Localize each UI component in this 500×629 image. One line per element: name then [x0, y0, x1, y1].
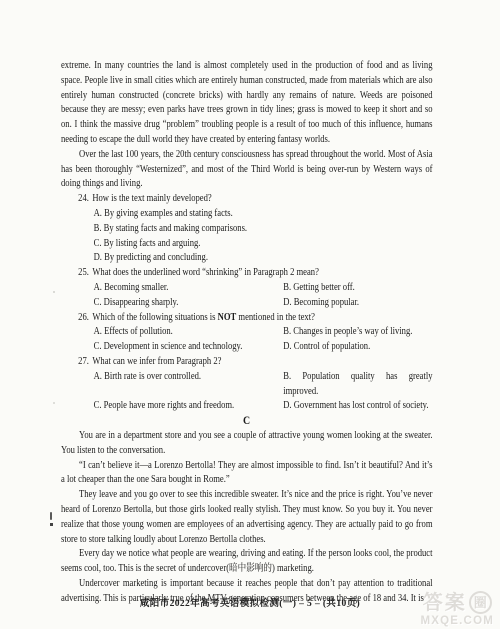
section-c-paragraph-1: You are in a department store and you se… — [61, 429, 433, 459]
watermark-site-url: MXQE.COM — [421, 615, 495, 627]
watermark-brand-text: 答案 — [423, 592, 467, 614]
question-27-option-c: C. People have more rights and freedom. — [94, 399, 284, 414]
question-26-stem: 26.Which of the following situations is … — [78, 311, 432, 326]
question-27-number: 27. — [78, 356, 89, 367]
question-25-number: 25. — [78, 267, 89, 278]
question-27-options: A. Birth rate is over controlled. B. Pop… — [94, 370, 433, 414]
question-26-bold-text: NOT — [218, 312, 237, 323]
question-27-stem: 27.What can we infer from Paragraph 2? — [78, 355, 432, 370]
question-24-option-d: D. By predicting and concluding. — [94, 251, 433, 266]
question-26-number: 26. — [78, 312, 89, 323]
question-27-option-b: B. Population quality has greatly improv… — [283, 370, 432, 400]
question-24-stem: 24.How is the text mainly developed? — [78, 192, 432, 207]
question-25-option-b: B. Getting better off. — [283, 281, 432, 296]
ink-smudge — [50, 512, 52, 520]
question-24-number: 24. — [78, 193, 89, 204]
ink-smudge — [50, 523, 53, 526]
watermark-circle-icon: 圈 — [469, 591, 492, 614]
passage-paragraph-2: Over the last 100 years, the 20th centur… — [61, 148, 433, 192]
ink-smudge — [53, 402, 55, 404]
section-c-paragraph-2: “I can’t believe it—a Lorenzo Bertolla! … — [61, 459, 433, 489]
question-25-text: What does the underlined word “shrinking… — [92, 267, 319, 278]
section-c-paragraph-3: They leave and you go over to see this i… — [61, 488, 433, 547]
question-25-option-c: C. Disappearing sharply. — [94, 296, 284, 311]
question-24-option-c: C. By listing facts and arguing. — [94, 237, 433, 252]
question-27-option-a: A. Birth rate is over controlled. — [94, 370, 284, 400]
question-26-text-after: mentioned in the text? — [236, 312, 315, 323]
question-25: 25.What does the underlined word “shrink… — [61, 266, 433, 310]
question-25-stem: 25.What does the underlined word “shrink… — [78, 266, 432, 281]
question-24-text: How is the text mainly developed? — [92, 193, 211, 204]
question-24: 24.How is the text mainly developed? A. … — [61, 192, 433, 266]
passage-paragraph-1: extreme. In many countries the land is a… — [61, 59, 433, 148]
question-25-option-d: D. Becoming popular. — [283, 296, 432, 311]
question-24-option-b: B. By stating facts and making compariso… — [94, 222, 433, 237]
question-26-option-d: D. Control of population. — [283, 340, 432, 355]
question-26-text: Which of the following situations is — [92, 312, 217, 323]
question-24-options: A. By giving examples and stating facts.… — [61, 207, 433, 266]
ink-smudge — [53, 291, 55, 293]
question-25-options: A. Becoming smaller. B. Getting better o… — [94, 281, 433, 311]
watermark-brand: 答案圈 — [421, 591, 495, 614]
exam-page-scan: extreme. In many countries the land is a… — [0, 0, 500, 629]
question-26-option-c: C. Development in science and technology… — [94, 340, 284, 355]
question-27: 27.What can we infer from Paragraph 2? A… — [61, 355, 433, 414]
question-26-option-b: B. Changes in people’s way of living. — [283, 325, 432, 340]
question-27-option-d: D. Government has lost control of societ… — [283, 399, 432, 414]
question-27-text: What can we infer from Paragraph 2? — [92, 356, 221, 367]
page-body: extreme. In many countries the land is a… — [61, 59, 433, 606]
question-25-option-a: A. Becoming smaller. — [94, 281, 284, 296]
question-24-option-a: A. By giving examples and stating facts. — [94, 207, 433, 222]
section-c-paragraph-4: Every day we notice what people are wear… — [61, 547, 433, 577]
answer-site-watermark: 答案圈 MXQE.COM — [421, 591, 495, 627]
section-c-heading: C — [61, 414, 433, 429]
question-26-option-a: A. Effects of pollution. — [94, 325, 284, 340]
question-26-options: A. Effects of pollution. B. Changes in p… — [94, 325, 433, 355]
question-26: 26.Which of the following situations is … — [61, 311, 433, 355]
